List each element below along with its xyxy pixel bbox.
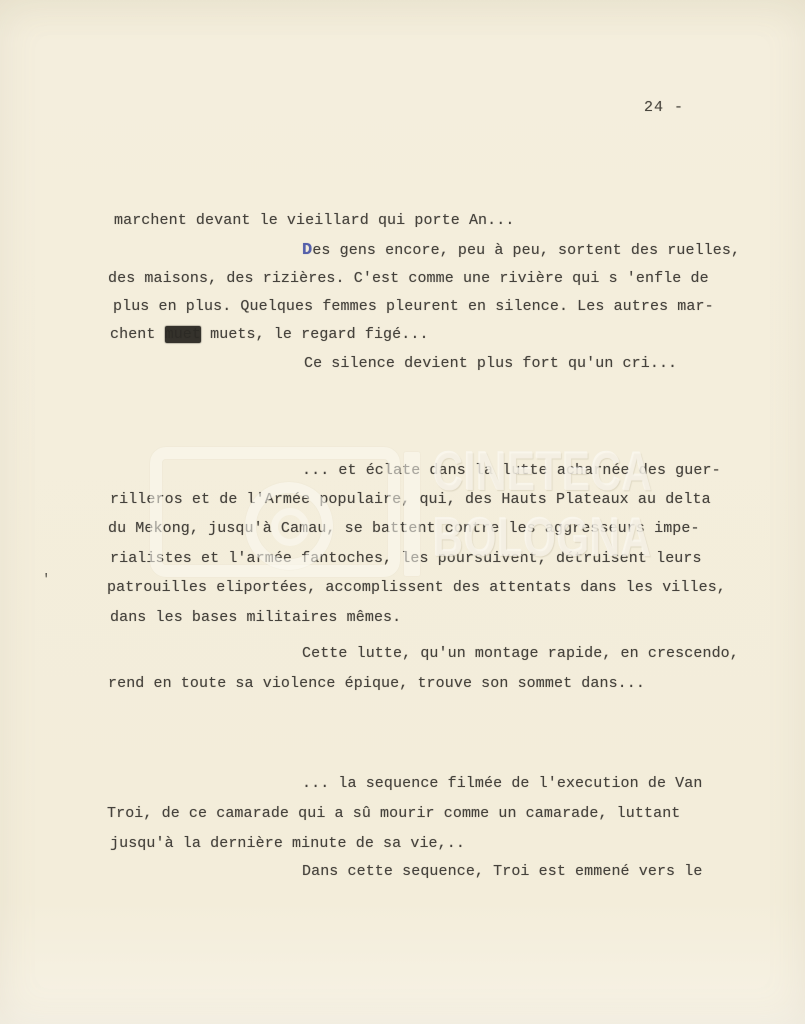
scanned-typescript-page: 24 - marchent devant le vieillard qui po… <box>0 0 805 1024</box>
typed-line: des maisons, des rizières. C'est comme u… <box>108 269 709 288</box>
typed-line: Ce silence devient plus fort qu'un cri..… <box>304 354 677 373</box>
typed-line: rilleros et de l'Armée populaire, qui, d… <box>110 490 711 509</box>
typed-line: plus en plus. Quelques femmes pleurent e… <box>113 297 714 316</box>
stray-ink-mark: ' <box>42 572 50 588</box>
typed-line: jusqu'à la dernière minute de sa vie,.. <box>110 834 465 853</box>
typed-line: du Mekong, jusqu'à Camau, se battent con… <box>108 519 700 538</box>
typed-line: dans les bases militaires mêmes. <box>110 608 401 627</box>
page-number: 24 - <box>644 99 684 116</box>
typed-line: rialistes et l'armée fantoches, les pour… <box>110 549 702 568</box>
typed-line: marchent devant le vieillard qui porte A… <box>114 211 514 230</box>
typed-line: chent muet muets, le regard figé... <box>110 325 429 344</box>
typed-line: ... la sequence filmée de l'execution de… <box>302 774 702 793</box>
typed-line: Des gens encore, peu à peu, sortent des … <box>302 241 740 260</box>
typed-line-text: chent <box>110 326 165 343</box>
typed-line: Cette lutte, qu'un montage rapide, en cr… <box>302 644 739 663</box>
typed-line: patrouilles eliportées, accomplissent de… <box>107 578 726 597</box>
struck-out-word: muet <box>165 326 201 343</box>
typed-line: Troi, de ce camarade qui a sû mourir com… <box>107 804 680 823</box>
typed-line: ... et éclate dans la lutte acharnée des… <box>302 461 721 480</box>
blue-ink-correction: D <box>302 241 312 260</box>
typed-line-text: es gens encore, peu à peu, sortent des r… <box>312 242 740 259</box>
typed-line: Dans cette sequence, Troi est emmené ver… <box>302 862 702 881</box>
typed-line: rend en toute sa violence épique, trouve… <box>108 674 645 693</box>
typed-line-text: muets, le regard figé... <box>201 326 429 343</box>
